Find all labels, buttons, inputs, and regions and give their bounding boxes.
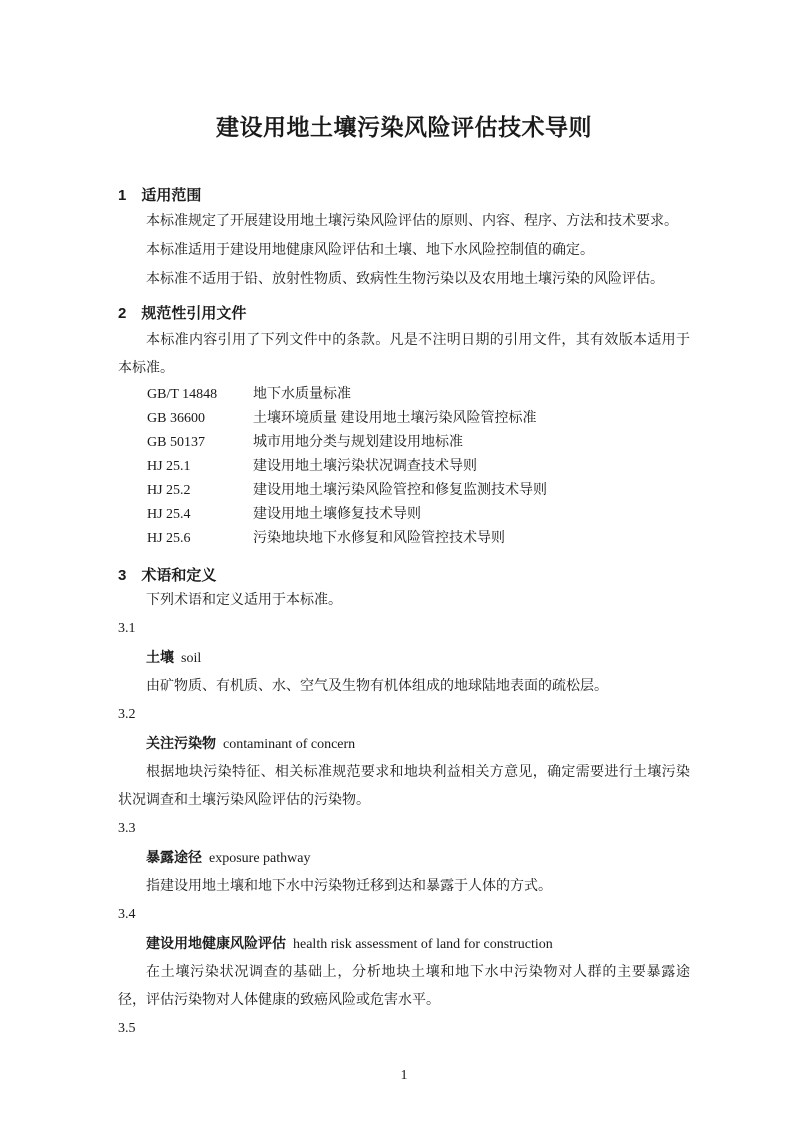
term-definition: 由矿物质、有机质、水、空气及生物有机体组成的地球陆地表面的疏松层。 [118,673,690,701]
section-2-title: 规范性引用文件 [141,305,246,322]
term-number: 3.1 [118,615,690,643]
reference-row: HJ 25.1 建设用地土壤污染状况调查技术导则 [147,455,690,479]
reference-row: GB/T 14848 地下水质量标准 [147,383,690,407]
references-list: GB/T 14848 地下水质量标准 GB 36600 土壤环境质量 建设用地土… [147,383,690,551]
term-name: 土壤soil [146,643,690,673]
term-name-zh: 暴露途径 [146,849,202,865]
reference-code: GB 50137 [147,431,253,455]
term-name-zh: 土壤 [146,649,174,665]
reference-code: HJ 25.1 [147,455,253,479]
reference-row: HJ 25.4 建设用地土壤修复技术导则 [147,503,690,527]
reference-code: GB 36600 [147,407,253,431]
scope-paragraph: 本标准适用于建设用地健康风险评估和土壤、地下水风险控制值的确定。 [118,236,690,265]
page-number: 1 [118,1066,690,1086]
reference-title: 地下水质量标准 [253,383,690,407]
reference-row: HJ 25.2 建设用地土壤污染风险管控和修复监测技术导则 [147,479,690,503]
term-definition: 指建设用地土壤和地下水中污染物迁移到达和暴露于人体的方式。 [118,873,690,901]
section-1-title: 适用范围 [141,187,201,204]
reference-title: 污染地块地下水修复和风险管控技术导则 [253,527,690,551]
reference-title: 建设用地土壤修复技术导则 [253,503,690,527]
term-name-en: health risk assessment of land for const… [293,937,553,952]
references-intro: 本标准内容引用了下列文件中的条款。凡是不注明日期的引用文件，其有效版本适用于本标… [118,327,690,383]
terms-intro: 下列术语和定义适用于本标准。 [118,587,690,615]
term-name: 建设用地健康风险评估health risk assessment of land… [146,929,690,959]
term-number: 3.3 [118,815,690,843]
section-1-number: 1 [118,185,126,207]
reference-row: GB 36600 土壤环境质量 建设用地土壤污染风险管控标准 [147,407,690,431]
reference-title: 城市用地分类与规划建设用地标准 [253,431,690,455]
terms-list: 下列术语和定义适用于本标准。 3.1 土壤soil 由矿物质、有机质、水、空气及… [118,587,690,1043]
scope-paragraph: 本标准规定了开展建设用地土壤污染风险评估的原则、内容、程序、方法和技术要求。 [118,207,690,236]
reference-code: HJ 25.6 [147,527,253,551]
section-3-title: 术语和定义 [141,567,216,584]
term-number: 3.5 [118,1015,690,1043]
section-2-heading: 2规范性引用文件 [118,303,690,325]
term-name: 暴露途径exposure pathway [146,843,690,873]
term-definition: 根据地块污染特征、相关标准规范要求和地块利益相关方意见，确定需要进行土壤污染状况… [118,759,690,815]
document-page: 建设用地土壤污染风险评估技术导则 1适用范围 本标准规定了开展建设用地土壤污染风… [0,0,800,1131]
term-name-zh: 关注污染物 [146,735,216,751]
section-3-number: 3 [118,565,126,587]
reference-row: GB 50137 城市用地分类与规划建设用地标准 [147,431,690,455]
reference-title: 建设用地土壤污染状况调查技术导则 [253,455,690,479]
reference-row: HJ 25.6 污染地块地下水修复和风险管控技术导则 [147,527,690,551]
section-3-heading: 3术语和定义 [118,565,690,587]
scope-paragraph: 本标准不适用于铅、放射性物质、致病性生物污染以及农用地土壤污染的风险评估。 [118,265,690,294]
term-name-en: soil [181,651,201,666]
reference-title: 建设用地土壤污染风险管控和修复监测技术导则 [253,479,690,503]
reference-code: GB/T 14848 [147,383,253,407]
term-number: 3.2 [118,701,690,729]
term-name: 关注污染物contaminant of concern [146,729,690,759]
term-name-en: contaminant of concern [223,737,355,752]
term-number: 3.4 [118,901,690,929]
term-name-zh: 建设用地健康风险评估 [146,935,286,951]
reference-title: 土壤环境质量 建设用地土壤污染风险管控标准 [253,407,690,431]
term-name-en: exposure pathway [209,851,310,866]
section-1-heading: 1适用范围 [118,185,690,207]
reference-code: HJ 25.2 [147,479,253,503]
term-definition: 在土壤污染状况调查的基础上，分析地块土壤和地下水中污染物对人群的主要暴露途径，评… [118,959,690,1015]
section-2-number: 2 [118,303,126,325]
reference-code: HJ 25.4 [147,503,253,527]
document-title: 建设用地土壤污染风险评估技术导则 [118,112,690,142]
